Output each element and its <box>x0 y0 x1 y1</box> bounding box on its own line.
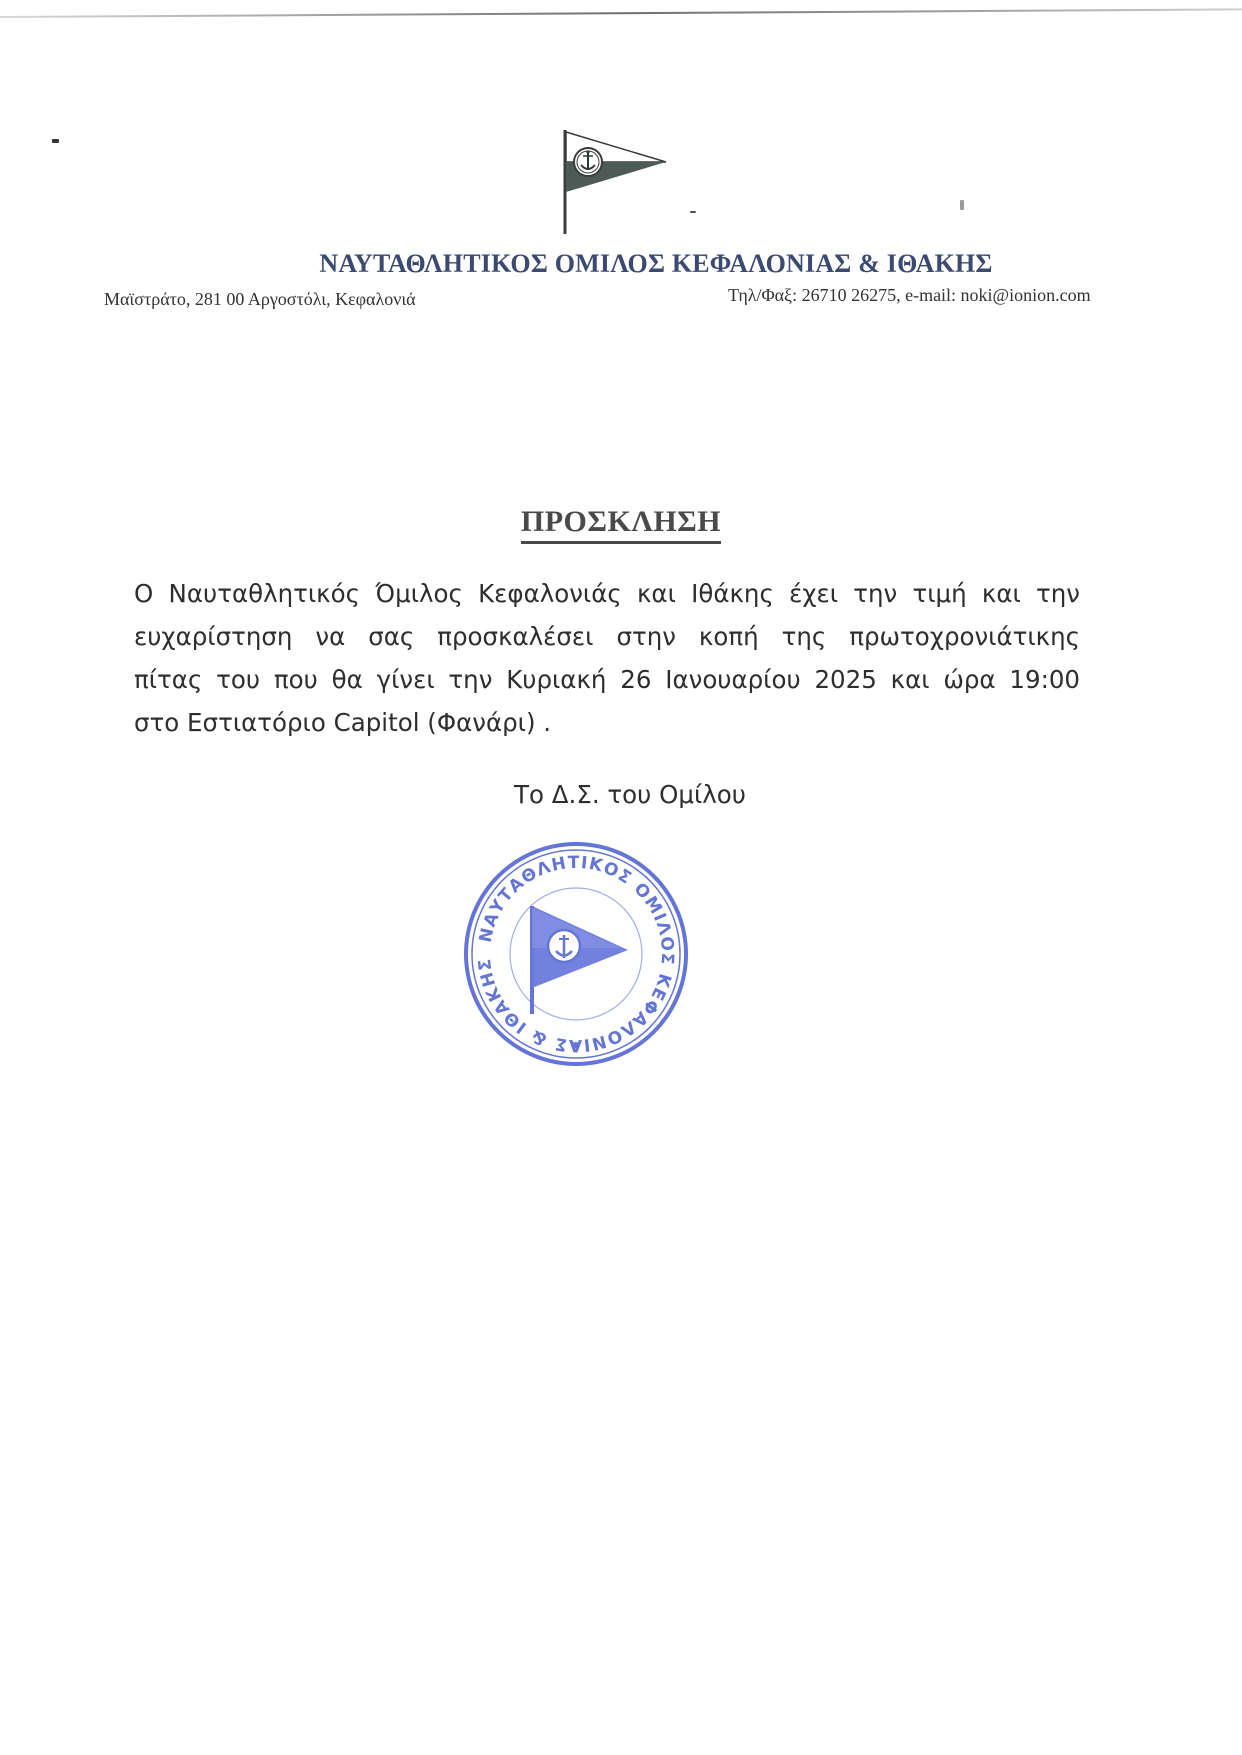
club-seal-stamp-icon: ΝΑΥΤΑΘΛΗΤΙΚΟΣ ΟΜΙΛΟΣ ΚΕΦΑΛΟΝΙΑΣ & ΙΘΑΚΗΣ… <box>460 838 692 1070</box>
scan-edge-line <box>0 8 1242 18</box>
organization-name: ΝΑΥΤΑΘΛΗΤΙΚΟΣ ΟΜΙΛΟΣ ΚΕΦΑΛΟΝΙΑΣ & ΙΘΑΚΗΣ <box>0 249 1242 279</box>
organization-address: Μαϊστράτο, 281 00 Αργοστόλι, Κεφαλονιά <box>104 289 416 310</box>
scan-speck <box>960 200 964 210</box>
letter-body: Ο Ναυταθλητικός Όμιλος Κεφαλονιάς και Ιθ… <box>134 572 1080 744</box>
svg-text:★: ★ <box>571 1039 582 1053</box>
scan-speck <box>52 139 59 143</box>
letter-body-line: ευχαρίστηση να σας προσκαλέσει στην κοπή… <box>134 615 1080 658</box>
signature-line: Το Δ.Σ. του Ομίλου <box>0 780 1242 809</box>
letter-body-line: Ο Ναυταθλητικός Όμιλος Κεφαλονιάς και Ιθ… <box>134 572 1080 615</box>
organization-contact: Τηλ/Φαξ: 26710 26275, e-mail: noki@ionio… <box>728 285 1091 306</box>
scan-speck <box>690 211 696 213</box>
letter-title: ΠΡΟΣΚΛΗΣΗ <box>0 505 1242 544</box>
letter-body-line: πίτας του που θα γίνει την Κυριακή 26 Ια… <box>134 658 1080 701</box>
pennant-flag-icon <box>562 128 672 236</box>
letter-title-text: ΠΡΟΣΚΛΗΣΗ <box>521 507 721 544</box>
letter-body-line: στο Εστιατόριο Capitol (Φανάρι) . <box>134 701 1080 744</box>
